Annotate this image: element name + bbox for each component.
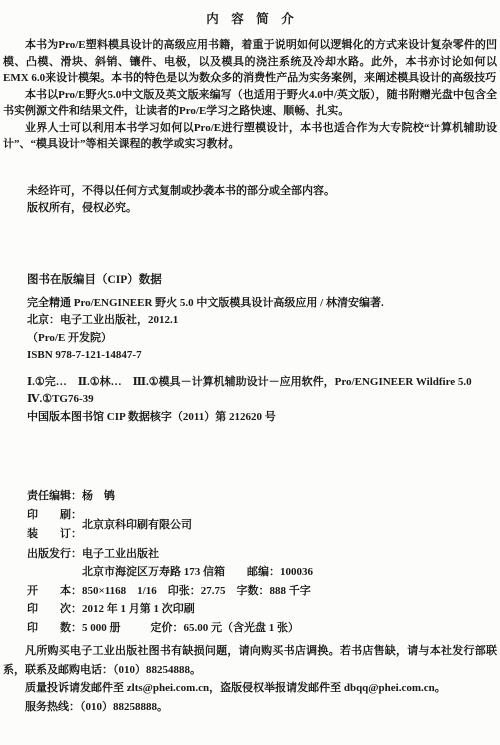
cip-heading: 图书在版编目（CIP）数据 [27,272,500,289]
copyright-line-1: 未经许可，不得以任何方式复制或抄袭本书的部分或全部内容。 [27,183,500,201]
impression-row: 印 次：2012 年 1 月第 1 次印刷 [27,600,500,619]
impression-label: 印 次： [27,603,82,615]
page-title: 内 容 简 介 [0,0,500,28]
publisher-row: 出版发行：电子工业出版社 [27,545,500,564]
editor-name: 杨 鸲 [82,490,115,502]
copies-value: 5 000 册 [82,622,121,634]
publisher-address: 北京市海淀区万寿路 173 信箱 邮编：100036 [27,563,500,582]
cip-series-line: （Pro/E 开发院） [27,330,500,348]
cip-classification: Ⅰ.①完… Ⅱ.①林… Ⅲ.①模具－计算机辅助设计－应用软件，Pro/ENGIN… [27,374,500,409]
publisher-name: 电子工业出版社 [82,548,159,560]
cip-classification-line-1: Ⅰ.①完… Ⅱ.①林… Ⅲ.①模具－计算机辅助设计－应用软件，Pro/ENGIN… [27,374,500,392]
format-row: 开 本：850×1168 1/16 印张：27.75 字数：888 千字 [27,582,500,601]
copyright-line-2: 版权所有，侵权必究。 [27,200,500,218]
binding-label: 装 订： [27,525,82,545]
print-binding-labels: 印 刷： 装 订： [27,506,82,545]
cip-title-line: 完全精通 Pro/ENGINEER 野火 5.0 中文版模具设计高级应用 / 林… [27,295,500,313]
purchase-info-section: 凡所购买电子工业出版社图书有缺损问题，请向购买书店调换。若书店售缺，请与本社发行… [3,642,497,716]
cip-publisher-line: 北京：电子工业出版社，2012.1 [27,312,500,330]
intro-paragraph-2: 本书以Pro/E野火5.0中文版及英文版来编写（也适用于野火4.0中/英文版），… [3,87,497,120]
purchase-replacement-line: 凡所购买电子工业出版社图书有缺损问题，请向购买书店调换。若书店售缺，请与本社发行… [3,642,497,679]
colophon-section: 责任编辑：杨 鸲 印 刷： 装 订： 北京京科印刷有限公司 出版发行：电子工业出… [27,487,500,637]
cip-section: 图书在版编目（CIP）数据 完全精通 Pro/ENGINEER 野火 5.0 中… [27,272,500,427]
impression-value: 2012 年 1 月第 1 次印刷 [82,603,195,615]
format-label: 开 本： [27,585,82,597]
copies-price-row: 印 数：5 000 册定价：65.00 元（含光盘 1 张） [27,619,500,638]
book-copyright-page: 内 容 简 介 本书为Pro/E塑料模具设计的高级应用书籍，着重于说明如何以逻辑… [0,0,500,745]
print-label: 印 刷： [27,506,82,526]
cip-registry-line: 中国版本图书馆 CIP 数据核字（2011）第 212620 号 [27,409,500,427]
intro-paragraph-1: 本书为Pro/E塑料模具设计的高级应用书籍，着重于说明如何以逻辑化的方式来设计复… [3,37,497,87]
copyright-notice: 未经许可，不得以任何方式复制或抄袭本书的部分或全部内容。 版权所有，侵权必究。 [27,183,500,218]
editor-row: 责任编辑：杨 鸲 [27,487,500,506]
price-value: 定价：65.00 元（含光盘 1 张） [151,622,300,634]
editor-label: 责任编辑： [27,490,82,502]
cip-isbn-line: ISBN 978-7-121-14847-7 [27,347,500,365]
printer-name: 北京京科印刷有限公司 [82,516,192,535]
intro-paragraph-3: 业界人士可以利用本书学习如何以Pro/E进行塑模设计，本书也适合作为大专院校“计… [3,120,497,153]
copies-label: 印 数： [27,622,82,634]
intro-section: 本书为Pro/E塑料模具设计的高级应用书籍，着重于说明如何以逻辑化的方式来设计复… [3,37,497,153]
cip-classification-line-2: Ⅳ.①TG76-39 [27,391,500,409]
publisher-label: 出版发行： [27,548,82,560]
print-binding-row: 印 刷： 装 订： 北京京科印刷有限公司 [27,506,500,545]
complaint-email-line: 质量投诉请发邮件至 zlts@phei.com.cn，盗版侵权举报请发邮件至 d… [3,679,497,698]
service-hotline-line: 服务热线：（010）88258888。 [3,698,497,717]
format-value: 850×1168 1/16 印张：27.75 字数：888 千字 [82,585,311,597]
